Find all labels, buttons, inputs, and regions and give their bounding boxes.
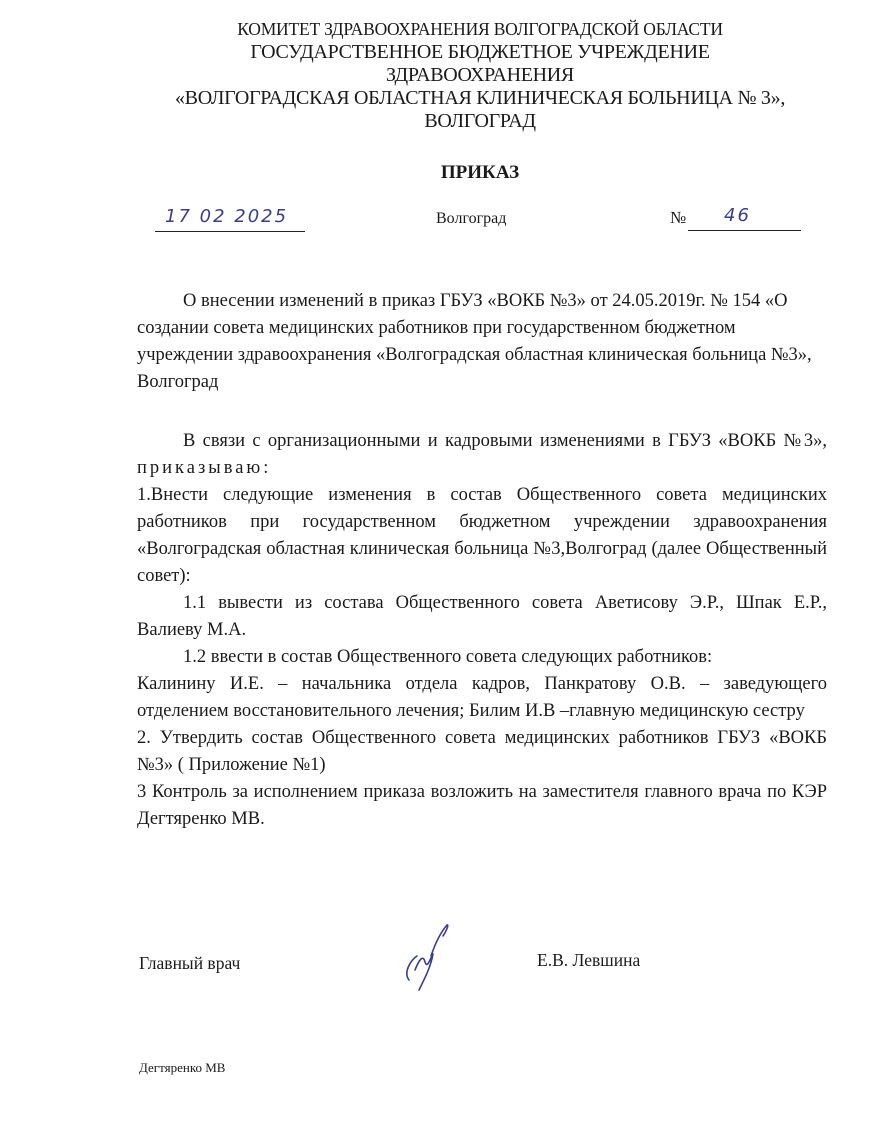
- signatory-role: Главный врач: [139, 953, 240, 974]
- order-city: Волгоград: [436, 210, 506, 228]
- executor-name: Дегтяренко МВ: [139, 1060, 225, 1076]
- item-1: 1.Внести следующие изменения в состав Об…: [137, 482, 827, 590]
- item-1-2-head: 1.2 ввести в состав Общественного совета…: [137, 644, 827, 671]
- number-sign: №: [670, 208, 686, 228]
- order-word: приказываю:: [137, 458, 271, 478]
- institution-city: ВОЛГОГРАД: [100, 110, 860, 133]
- order-body: В связи с организационными и кадровыми и…: [137, 428, 827, 833]
- item-3: 3 Контроль за исполнением приказа возлож…: [137, 779, 827, 833]
- document-title: ПРИКАЗ: [0, 162, 880, 184]
- order-number: 46: [724, 205, 751, 226]
- signatory-name: Е.В. Левшина: [537, 950, 640, 971]
- item-1-2-body: Калинину И.Е. – начальника отдела кадров…: [137, 671, 827, 725]
- letterhead: КОМИТЕТ ЗДРАВООХРАНЕНИЯ ВОЛГОГРАДСКОЙ ОБ…: [100, 18, 860, 133]
- preamble-text: В связи с организационными и кадровыми и…: [183, 431, 827, 451]
- institution-type-cont: ЗДРАВООХРАНЕНИЯ: [100, 64, 860, 87]
- preamble: В связи с организационными и кадровыми и…: [137, 428, 827, 482]
- order-date: 17 02 2025: [165, 206, 288, 227]
- item-1-1: 1.1 вывести из состава Общественного сов…: [137, 590, 827, 644]
- signature-icon: [395, 920, 455, 1000]
- order-subject: О внесении изменений в приказ ГБУЗ «ВОКБ…: [137, 288, 827, 396]
- item-2: 2. Утвердить состав Общественного совета…: [137, 725, 827, 779]
- institution-name: «ВОЛГОГРАДСКАЯ ОБЛАСТНАЯ КЛИНИЧЕСКАЯ БОЛ…: [100, 87, 860, 110]
- institution-type: ГОСУДАРСТВЕННОЕ БЮДЖЕТНОЕ УЧРЕЖДЕНИЕ: [100, 41, 860, 64]
- committee-name: КОМИТЕТ ЗДРАВООХРАНЕНИЯ ВОЛГОГРАДСКОЙ ОБ…: [100, 18, 860, 41]
